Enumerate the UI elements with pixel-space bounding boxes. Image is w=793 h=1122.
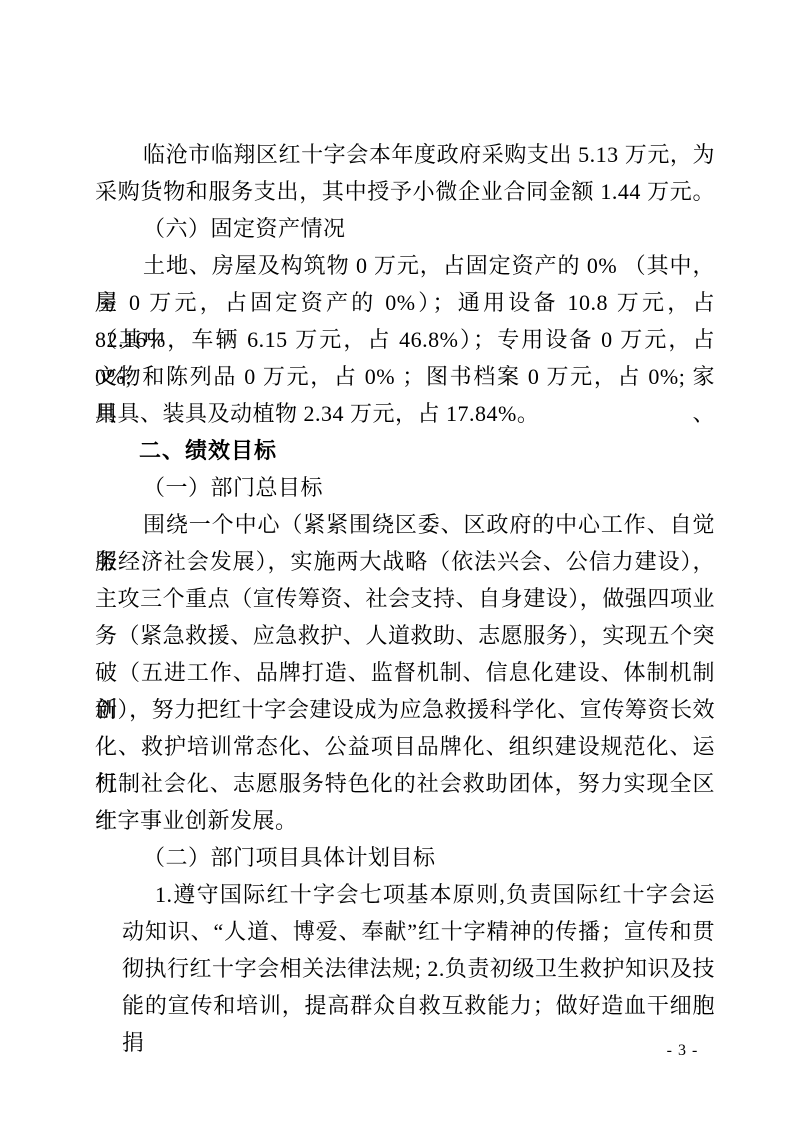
text-line: 彻执行红十字会相关法律法规; 2.负责初级卫生救护知识及技 [122, 950, 715, 987]
section-heading: 二、绩效目标 [95, 432, 715, 469]
subsection-heading: （一）部门总目标 [95, 469, 715, 506]
text-line: 1.遵守国际红十字会七项基本原则,负责国际红十字会运 [122, 876, 715, 913]
text-line: 新），努力把红十字会建设成为应急救援科学化、宣传筹资长效 [95, 691, 715, 728]
document-body: 临沧市临翔区红十字会本年度政府采购支出 5.13 万元，为采购货物和服务支出，其… [95, 136, 715, 1024]
text-line: （其中，车辆 6.15 万元，占 46.8%）；专用设备 0 万元，占 0%; [95, 321, 715, 358]
text-line: 破（五进工作、品牌打造、监督机制、信息化建设、体制机制创 [95, 654, 715, 691]
text-line: 临沧市临翔区红十字会本年度政府采购支出 5.13 万元，为 [95, 136, 715, 173]
text-line: 屋 0 万元，占固定资产的 0%）；通用设备 10.8 万元，占 82.16% [95, 284, 715, 321]
text-line: 能的宣传和培训，提高群众自救互救能力；做好造血干细胞捐 [122, 987, 715, 1024]
text-line: 务经济社会发展），实施两大战略（依法兴会、公信力建设）， [95, 543, 715, 580]
text-line: 十字事业创新发展。 [95, 802, 715, 839]
text-line: 主攻三个重点（宣传筹资、社会支持、自身建设），做强四项业 [95, 580, 715, 617]
text-line: 土地、房屋及构筑物 0 万元，占固定资产的 0% （其中，房 [95, 247, 715, 284]
subsection-heading: （二）部门项目具体计划目标 [95, 839, 715, 876]
page-number: - 3 - [640, 1041, 725, 1061]
text-line: 务（紧急救援、应急救护、人道救助、志愿服务），实现五个突 [95, 617, 715, 654]
text-line: 化、救护培训常态化、公益项目品牌化、组织建设规范化、运行 [95, 728, 715, 765]
subsection-heading: （六）固定资产情况 [95, 210, 715, 247]
text-line: 机制社会化、志愿服务特色化的社会救助团体，努力实现全区红 [95, 765, 715, 802]
text-line: 文物和陈列品 0 万元，占 0% ；图书档案 0 万元，占 0%; 家具、 [95, 358, 715, 395]
text-line: 动知识、“人道、博爱、奉献”红十字精神的传播；宣传和贯 [122, 913, 715, 950]
text-line: 采购货物和服务支出，其中授予小微企业合同金额 1.44 万元。 [95, 173, 715, 210]
text-line: 围绕一个中心（紧紧围绕区委、区政府的中心工作、自觉服 [95, 506, 715, 543]
document-page: 临沧市临翔区红十字会本年度政府采购支出 5.13 万元，为采购货物和服务支出，其… [0, 0, 793, 1122]
